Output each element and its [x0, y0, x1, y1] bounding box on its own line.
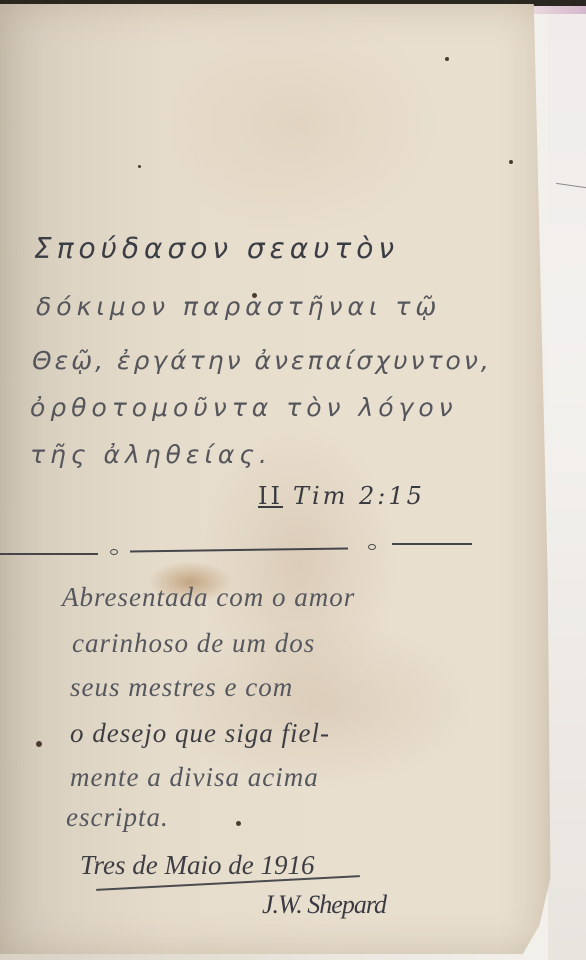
dedication-line-2: carinhoso de um dos: [72, 628, 315, 659]
signature: J.W. Shepard: [262, 890, 386, 920]
divider-segment: [0, 553, 98, 555]
reference-text: Tim 2:15: [293, 482, 425, 510]
divider-segment: [392, 543, 472, 545]
greek-line-5: τῆς ἀληθείας.: [30, 440, 272, 469]
reference-book-number: II: [258, 482, 283, 510]
dedication-line-5: mente a divisa acima: [70, 762, 319, 793]
ink-spot: [509, 160, 513, 164]
ink-spot: [252, 293, 257, 298]
greek-line-1: Σπούδασον σεαυτὸν: [34, 232, 399, 265]
date-line: Tres de Maio de 1916: [80, 850, 314, 881]
underlying-page: [548, 0, 586, 960]
scripture-reference: IITim 2:15: [258, 482, 425, 510]
ink-spot: [445, 57, 449, 61]
dedication-line-6: escripta.: [66, 802, 169, 833]
greek-line-4: ὀρθοτομοῦντα τὸν λόγον: [30, 393, 458, 422]
ink-spot: [236, 821, 241, 826]
greek-line-2: δόκιμον παραστῆναι τῷ: [36, 292, 441, 321]
divider-ornament: [110, 549, 118, 555]
ink-spot: [36, 741, 42, 747]
dedication-line-1: Abresentada com o amor: [62, 582, 355, 613]
greek-line-3: Θεῷ, ἐργάτην ἀνεπαίσχυντον,: [32, 346, 492, 375]
dedication-line-3: seus mestres e com: [70, 672, 293, 703]
ink-spot: [138, 165, 141, 168]
dedication-line-4: o desejo que siga fiel-: [70, 718, 330, 749]
divider-ornament: [368, 544, 376, 550]
